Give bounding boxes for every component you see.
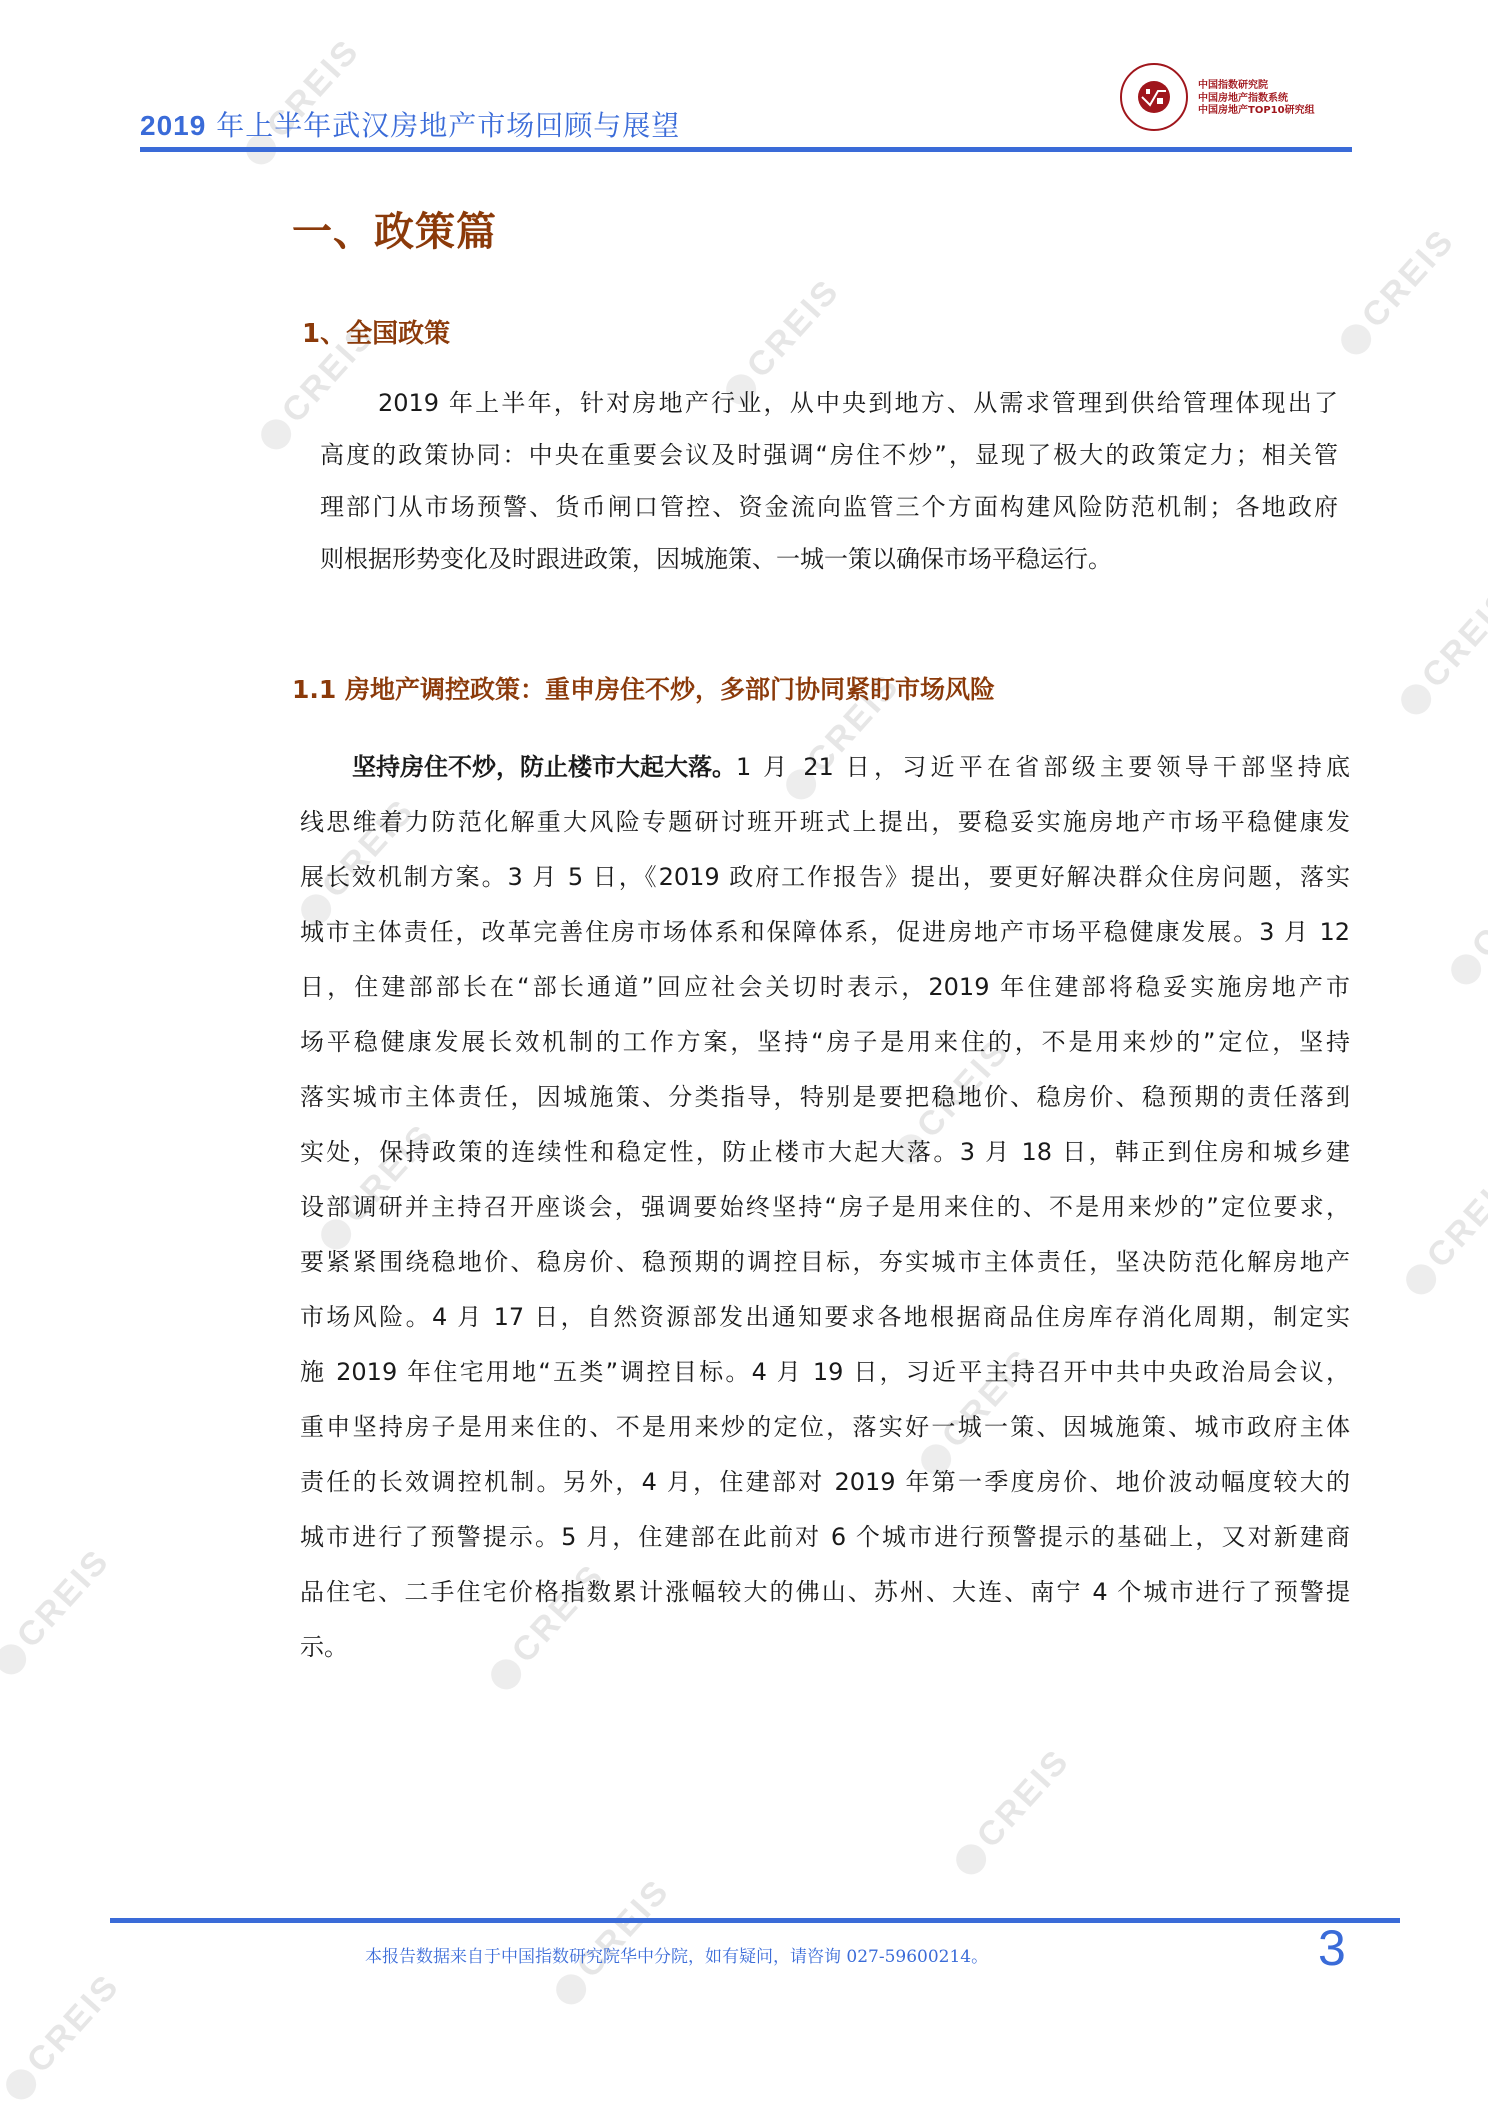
paragraph-line-first: 坚持房住不炒，防止楼市大起大落。1 月 21 日，习近平在省部级主要领导干部坚持… bbox=[352, 752, 1350, 782]
creis-watermark: CREIS bbox=[546, 1871, 679, 2012]
chart-line-icon bbox=[1138, 81, 1170, 113]
section-title: 一、政策篇 bbox=[292, 206, 497, 258]
page-number: 3 bbox=[1318, 1920, 1346, 1976]
paragraph-line: 示。 bbox=[300, 1632, 1350, 1662]
paragraph-line: 责任的长效调控机制。另外，4 月，住建部对 2019 年第一季度房价、地价波动幅… bbox=[300, 1467, 1350, 1497]
china-index-academy-seal-icon bbox=[1120, 63, 1188, 131]
creis-logo-icon bbox=[1395, 678, 1437, 720]
paragraph-line: 落实城市主体责任，因城施策、分类指导，特别是要把稳地价、稳房价、稳预期的责任落到 bbox=[300, 1082, 1350, 1112]
creis-logo-icon bbox=[255, 413, 297, 455]
creis-logo-icon bbox=[550, 1968, 592, 2010]
paragraph-line: 2019 年上半年，针对房地产行业，从中央到地方、从需求管理到供给管理体现出了 bbox=[378, 388, 1338, 418]
paragraph-line: 理部门从市场预警、货币闸口管控、资金流向监管三个方面构建风险防范机制；各地政府 bbox=[320, 492, 1338, 522]
creis-watermark: CREIS bbox=[946, 1741, 1079, 1882]
paragraph-line: 高度的政策协同：中央在重要会议及时强调“房住不炒”，显现了极大的政策定力；相关管 bbox=[320, 440, 1338, 470]
subsection-title: 1、全国政策 bbox=[302, 316, 450, 352]
footer-divider bbox=[110, 1918, 1400, 1923]
creis-logo-icon bbox=[0, 1638, 32, 1680]
report-title-text: 年上半年武汉房地产市场回顾与展望 bbox=[206, 109, 680, 142]
paragraph-line: 场平稳健康发展长效机制的工作方案，坚持“房子是用来住的，不是用来炒的”定位，坚持 bbox=[300, 1027, 1350, 1057]
creis-watermark: CREIS bbox=[1396, 1161, 1488, 1302]
footer-note: 本报告数据来自于中国指数研究院华中分院，如有疑问，请咨询 027-5960021… bbox=[365, 1946, 988, 1968]
paragraph-line: 展长效机制方案。3 月 5 日，《2019 政府工作报告》提出，要更好解决群众住… bbox=[300, 862, 1350, 892]
paragraph-line: 日，住建部部长在“部长通道”回应社会关切时表示，2019 年住建部将稳妥实施房地… bbox=[300, 972, 1350, 1002]
creis-watermark: CREIS bbox=[0, 1966, 128, 2104]
report-title: 2019 年上半年武汉房地产市场回顾与展望 bbox=[140, 106, 680, 146]
paragraph-line: 则根据形势变化及时跟进政策，因城施策、一城一策以确保市场平稳运行。 bbox=[320, 544, 1338, 574]
creis-logo-icon bbox=[950, 1838, 992, 1880]
paragraph-line: 城市进行了预警提示。5 月，住建部在此前对 6 个城市进行预警提示的基础上，又对… bbox=[300, 1522, 1350, 1552]
creis-watermark: CREIS bbox=[1441, 851, 1488, 992]
creis-logo-icon bbox=[1335, 318, 1377, 360]
creis-logo-icon bbox=[1445, 948, 1487, 990]
sub-subsection-title: 1.1 房地产调控政策：重申房住不炒，多部门协同紧盯市场风险 bbox=[292, 672, 995, 708]
creis-watermark: CREIS bbox=[0, 1541, 118, 1682]
report-title-year: 2019 bbox=[140, 110, 206, 141]
paragraph-line-rest: 1 月 21 日，习近平在省部级主要领导干部坚持底 bbox=[736, 752, 1350, 782]
logo-line: 中国指数研究院 bbox=[1198, 80, 1315, 93]
creis-logo-icon bbox=[1400, 1258, 1442, 1300]
lead-sentence: 坚持房住不炒，防止楼市大起大落。 bbox=[352, 752, 736, 782]
paragraph-line: 重申坚持房子是用来住的、不是用来炒的定位，落实好一城一策、因城施策、城市政府主体 bbox=[300, 1412, 1350, 1442]
paragraph-line: 品住宅、二手住宅价格指数累计涨幅较大的佛山、苏州、大连、南宁 4 个城市进行了预… bbox=[300, 1577, 1350, 1607]
header-divider bbox=[140, 147, 1352, 152]
paragraph-line: 设部调研并主持召开座谈会，强调要始终坚持“房子是用来住的、不是用来炒的”定位要求… bbox=[300, 1192, 1350, 1222]
logo-org-names: 中国指数研究院 中国房地产指数系统 中国房地产TOP10研究组 bbox=[1198, 80, 1315, 118]
logo-line: 中国房地产TOP10研究组 bbox=[1198, 105, 1315, 118]
logo-line: 中国房地产指数系统 bbox=[1198, 93, 1315, 106]
paragraph-line: 施 2019 年住宅用地“五类”调控目标。4 月 19 日，习近平主持召开中共中… bbox=[300, 1357, 1350, 1387]
creis-watermark: CREIS bbox=[1331, 221, 1464, 362]
paragraph-line: 线思维着力防范化解重大风险专题研讨班开班式上提出，要稳妥实施房地产市场平稳健康发 bbox=[300, 807, 1350, 837]
paragraph-line: 城市主体责任，改革完善住房市场体系和保障体系，促进房地产市场平稳健康发展。3 月… bbox=[300, 917, 1350, 947]
paragraph-line: 市场风险。4 月 17 日，自然资源部发出通知要求各地根据商品住房库存消化周期，… bbox=[300, 1302, 1350, 1332]
creis-watermark: CREIS bbox=[1391, 581, 1488, 722]
paragraph-line: 实处，保持政策的连续性和稳定性，防止楼市大起大落。3 月 18 日，韩正到住房和… bbox=[300, 1137, 1350, 1167]
paragraph-line: 要紧紧围绕稳地价、稳房价、稳预期的调控目标，夯实城市主体责任，坚决防范化解房地产 bbox=[300, 1247, 1350, 1277]
creis-logo-icon bbox=[0, 2063, 42, 2104]
